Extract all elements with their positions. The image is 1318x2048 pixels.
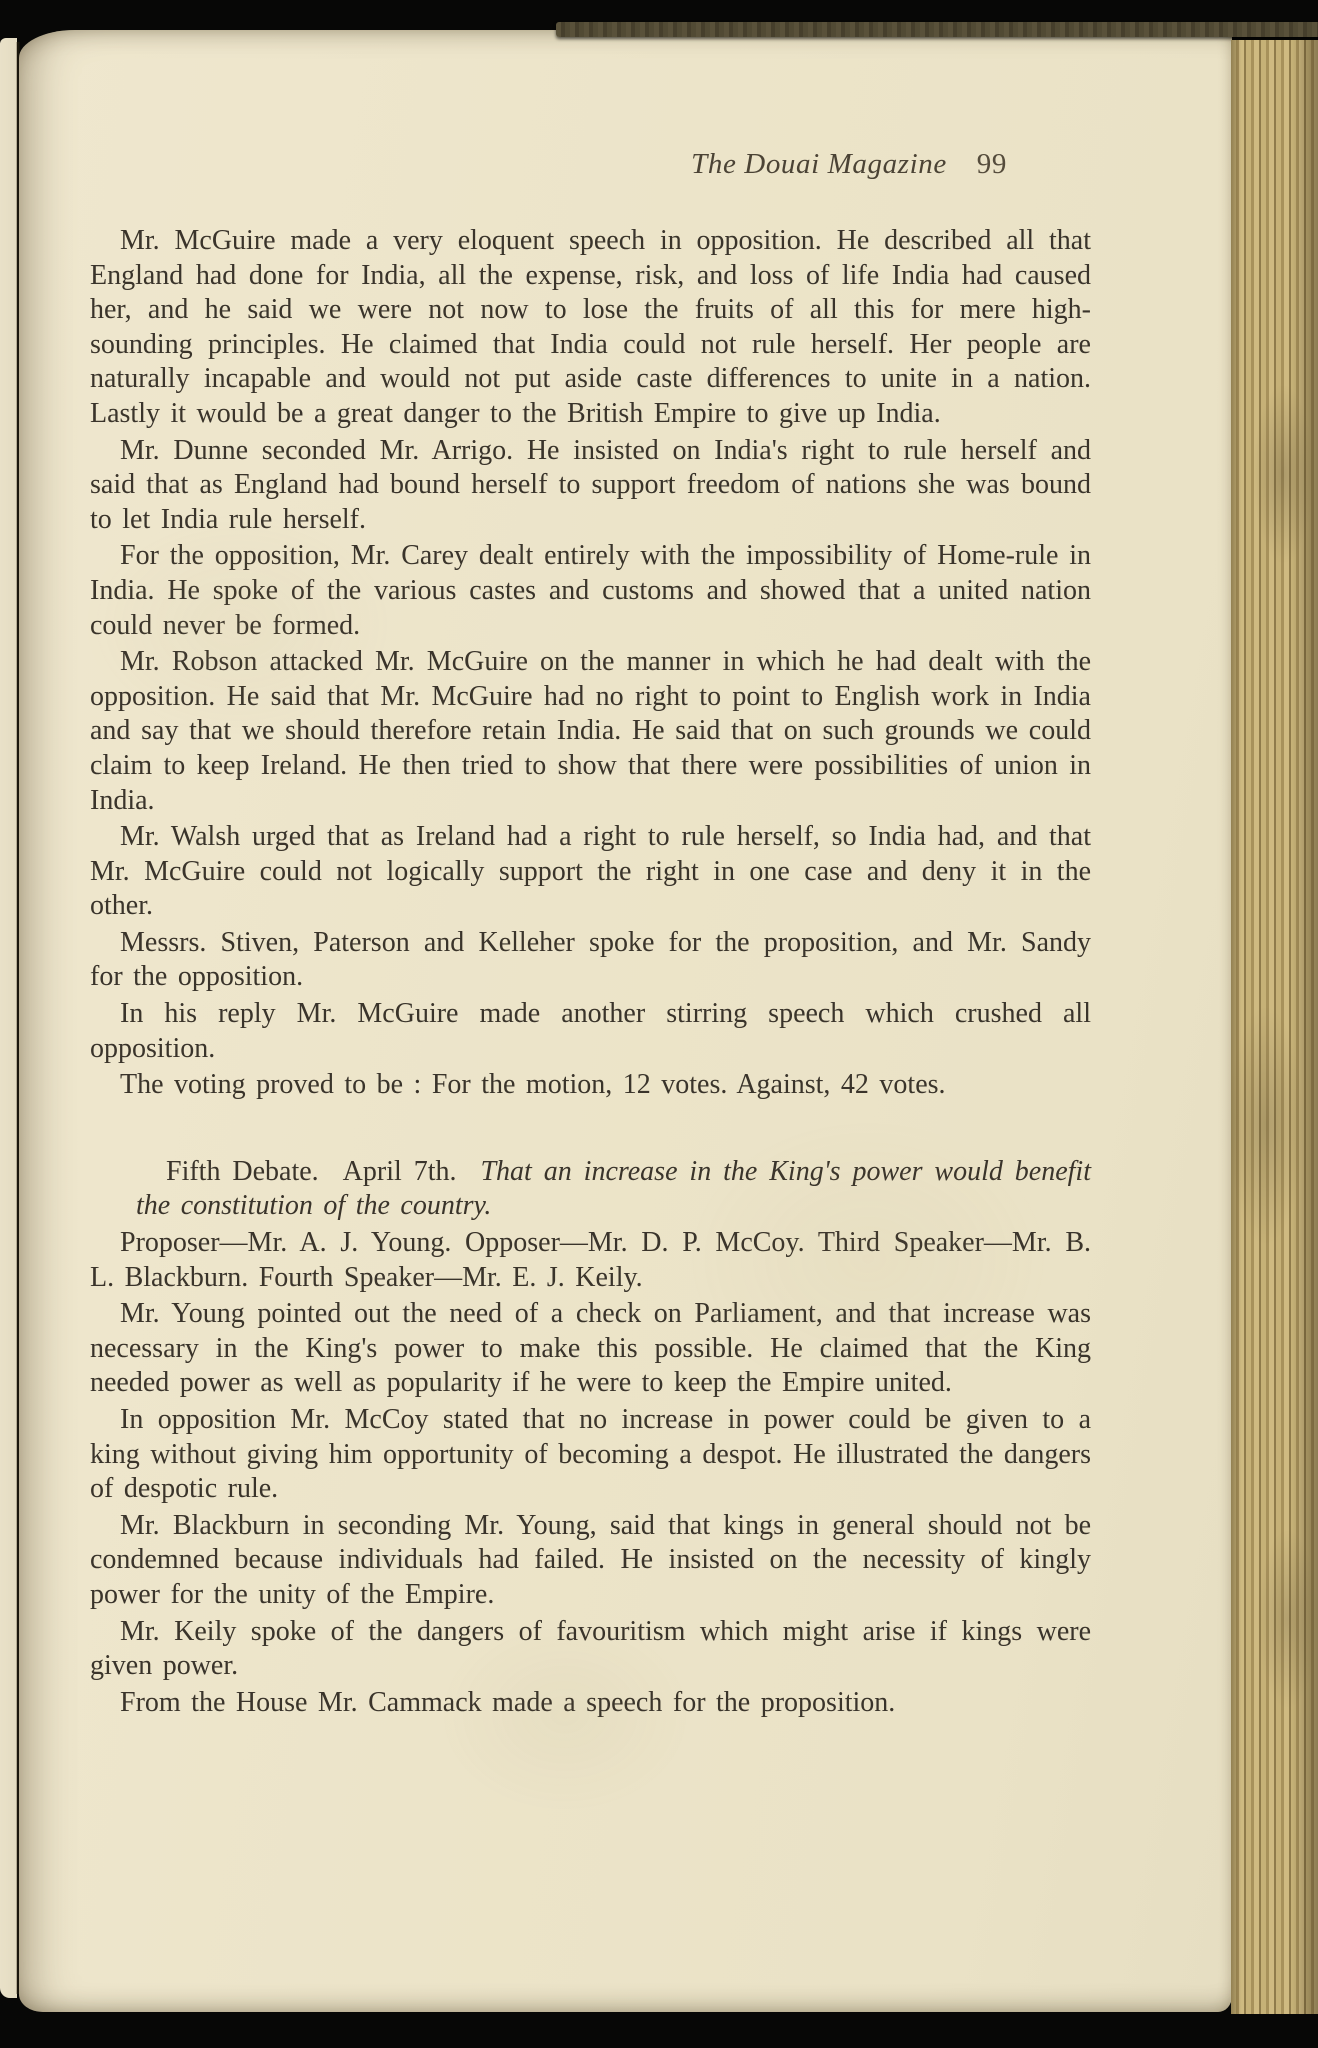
debate-label: Fifth Debate.	[166, 1156, 319, 1187]
cover-cloth-edge	[556, 22, 1318, 37]
speakers-line: Proposer—Mr. A. J. Young. Opposer—Mr. D.…	[90, 1226, 1091, 1295]
scanned-book-photo: The Douai Magazine99 Mr. McGuire made a …	[0, 0, 1318, 2048]
paragraph: Mr. Keily spoke of the dangers of favour…	[90, 1615, 1091, 1684]
magazine-title: The Douai Magazine	[691, 148, 947, 180]
paragraph: Mr. Blackburn in seconding Mr. Young, sa…	[90, 1509, 1091, 1613]
paragraph: Messrs. Stiven, Paterson and Kelleher sp…	[90, 926, 1091, 995]
paragraph: Mr. Young pointed out the need of a chec…	[90, 1297, 1091, 1401]
paragraph: For the opposition, Mr. Carey dealt enti…	[90, 539, 1091, 643]
paragraph: In his reply Mr. McGuire made another st…	[90, 997, 1091, 1066]
page-number: 99	[977, 148, 1007, 181]
page-text-column: Mr. McGuire made a very eloquent speech …	[90, 224, 1091, 1722]
page-fore-edge	[1231, 40, 1318, 2014]
debate-date: April 7th.	[343, 1156, 457, 1187]
paragraph: From the House Mr. Cammack made a speech…	[90, 1686, 1091, 1721]
debate-heading: Fifth Debate.April 7th.That an increase …	[90, 1155, 1091, 1224]
paragraph: In opposition Mr. McCoy stated that no i…	[90, 1403, 1091, 1507]
paragraph: The voting proved to be : For the motion…	[90, 1068, 1091, 1103]
paragraph: Mr. Walsh urged that as Ireland had a ri…	[90, 820, 1091, 924]
book-page: The Douai Magazine99 Mr. McGuire made a …	[19, 30, 1232, 2012]
paragraph: Mr. McGuire made a very eloquent speech …	[90, 224, 1091, 432]
opposite-page-edge	[0, 38, 17, 1998]
paragraph: Mr. Dunne seconded Mr. Arrigo. He insist…	[90, 434, 1091, 538]
fifth-debate-section: Fifth Debate.April 7th.That an increase …	[90, 1155, 1091, 1721]
running-header: The Douai Magazine99	[691, 148, 1007, 181]
paragraph: Mr. Robson attacked Mr. McGuire on the m…	[90, 645, 1091, 818]
fore-edge-shading	[1231, 40, 1318, 2014]
